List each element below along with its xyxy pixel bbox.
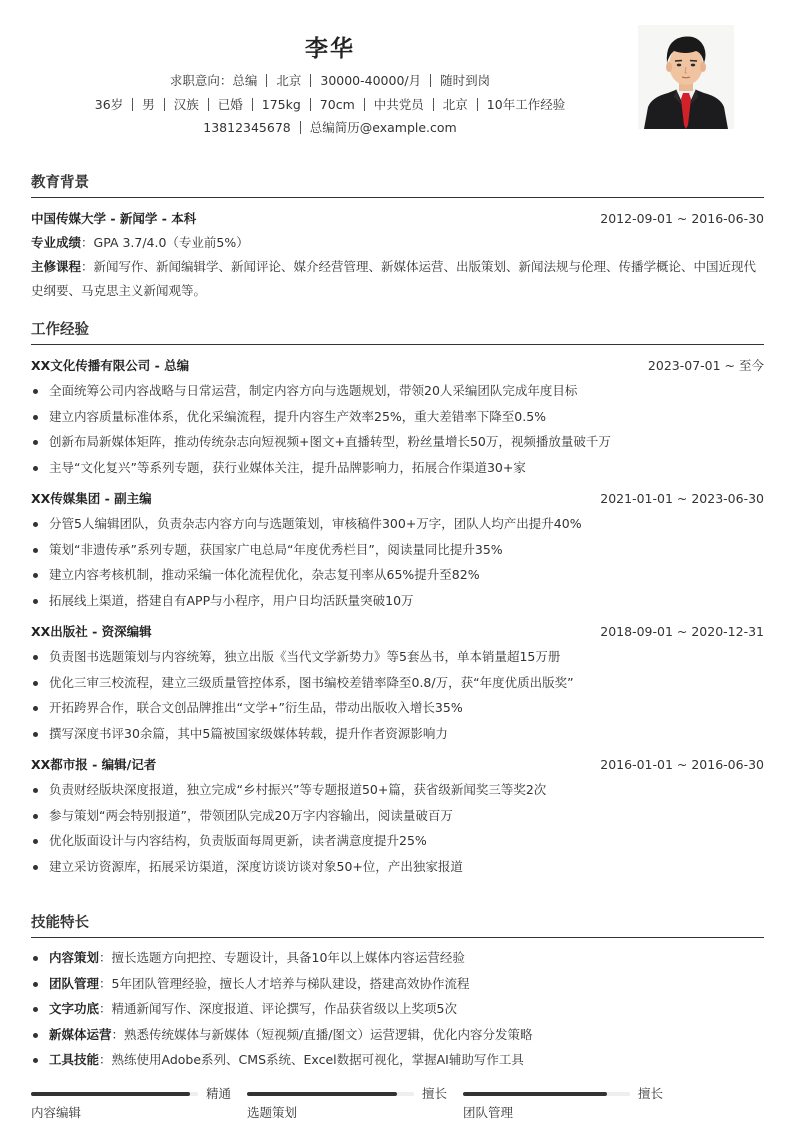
list-item: 撰写深度书评30余篇，其中5篇被国家级媒体转载，提升作者资源影响力 xyxy=(31,721,764,747)
job-title: XX出版社 - 资深编辑 xyxy=(31,620,152,644)
list-item: 开拓跨界合作，联合文创品牌推出“文学+”衍生品，带动出版收入增长35% xyxy=(31,695,764,721)
divider xyxy=(433,98,434,111)
divider xyxy=(252,98,253,111)
list-item: 建立内容考核机制，推动采编一体化流程优化，杂志复刊率从65%提升至82% xyxy=(31,562,764,588)
skill-item: 内容策划：擅长选题方向把控、专题设计，具备10年以上媒体内容运营经验 xyxy=(31,945,764,971)
job-title: XX都市报 - 编辑/记者 xyxy=(31,753,156,777)
skill-level: 精通 xyxy=(206,1086,231,1102)
marital-status: 已婚 xyxy=(218,97,243,112)
job-intention: 求职意向：总编 xyxy=(170,73,258,88)
candidate-name: 李华 xyxy=(0,30,660,63)
job-date: 2021-01-01 ~ 2023-06-30 xyxy=(600,487,764,511)
skill-bar-label: 内容编辑 xyxy=(31,1105,81,1121)
divider xyxy=(164,98,165,111)
section-title-skills: 技能特长 xyxy=(31,914,764,938)
contact-line: 13812345678总编简历@example.com xyxy=(0,118,660,136)
weight: 175kg xyxy=(262,97,301,112)
section-title-work: 工作经验 xyxy=(31,321,764,345)
list-item: 策划“非遗传承”系列专题，获国家广电总局“年度优秀栏目”，阅读量同比提升35% xyxy=(31,537,764,563)
list-item: 建立采访资源库，拓展采访渠道，深度访谈访谈对象50+位，产出独家报道 xyxy=(31,854,764,880)
gpa-value: ：GPA 3.7/4.0（专业前5%） xyxy=(81,235,249,250)
work-years: 10年工作经验 xyxy=(487,97,565,112)
job-date: 2018-09-01 ~ 2020-12-31 xyxy=(600,620,764,644)
divider xyxy=(310,98,311,111)
list-item: 全面统筹公司内容战略与日常运营，制定内容方向与选题规划，带领20人采编团队完成年… xyxy=(31,378,764,404)
residence-city: 北京 xyxy=(443,97,468,112)
divider xyxy=(266,74,267,87)
gpa-row: 专业成绩：GPA 3.7/4.0（专业前5%） xyxy=(31,231,764,255)
job-header: XX传媒集团 - 副主编 2021-01-01 ~ 2023-06-30 xyxy=(31,487,764,511)
skill-text: ：精通新闻写作、深度报道、评论撰写，作品获省级以上奖项5次 xyxy=(99,1001,457,1016)
skill-text: ：5年团队管理经验，擅长人才培养与梯队建设，搭建高效协作流程 xyxy=(99,976,469,991)
skill-item: 新媒体运营：熟悉传统媒体与新媒体（短视频/直播/图文）运营逻辑，优化内容分发策略 xyxy=(31,1022,764,1048)
skill-text: ：擅长选题方向把控、专题设计，具备10年以上媒体内容运营经验 xyxy=(99,950,465,965)
education-section: 教育背景 中国传媒大学 - 新闻学 - 本科 2012-09-01 ~ 2016… xyxy=(31,174,764,303)
divider xyxy=(364,98,365,111)
job-title: XX文化传播有限公司 - 总编 xyxy=(31,354,189,378)
age: 36岁 xyxy=(95,97,123,112)
skill-text: ：熟悉传统媒体与新媒体（短视频/直播/图文）运营逻辑，优化内容分发策略 xyxy=(112,1027,533,1042)
skill-bar-label: 团队管理 xyxy=(463,1105,513,1121)
progress-fill xyxy=(463,1092,607,1096)
personal-info-line: 36岁男汉族已婚175kg70cm中共党员北京10年工作经验 xyxy=(0,95,660,113)
divider xyxy=(477,98,478,111)
job-date: 2023-07-01 ~ 至今 xyxy=(648,354,764,378)
portrait-photo-icon xyxy=(638,25,734,129)
skill-item: 工具技能：熟练使用Adobe系列、CMS系统、Excel数据可视化，掌握AI辅助… xyxy=(31,1047,764,1073)
list-item: 拓展线上渠道，搭建自有APP与小程序，用户日均活跃量突破10万 xyxy=(31,588,764,614)
email-address[interactable]: 总编简历@example.com xyxy=(310,120,457,135)
job-entry: XX出版社 - 资深编辑 2018-09-01 ~ 2020-12-31 负责图… xyxy=(31,620,764,746)
job-bullets: 负责图书选题策划与内容统筹，独立出版《当代文学新势力》等5套丛书，单本销量超15… xyxy=(31,644,764,746)
job-bullets: 分管5人编辑团队，负责杂志内容方向与选题策划，审核稿件300+万字，团队人均产出… xyxy=(31,511,764,613)
section-title-education: 教育背景 xyxy=(31,174,764,198)
ethnicity: 汉族 xyxy=(174,97,199,112)
skill-item: 团队管理：5年团队管理经验，擅长人才培养与梯队建设，搭建高效协作流程 xyxy=(31,971,764,997)
school-degree: 中国传媒大学 - 新闻学 - 本科 xyxy=(31,207,196,231)
divider xyxy=(132,98,133,111)
skill-label: 团队管理 xyxy=(49,976,99,991)
list-item: 优化三审三校流程，建立三级质量管控体系，图书编校差错率降至0.8/万，获“年度优… xyxy=(31,670,764,696)
courses-label: 主修课程 xyxy=(31,259,81,274)
job-header: XX出版社 - 资深编辑 2018-09-01 ~ 2020-12-31 xyxy=(31,620,764,644)
job-entry: XX传媒集团 - 副主编 2021-01-01 ~ 2023-06-30 分管5… xyxy=(31,487,764,613)
progress-track xyxy=(31,1092,198,1096)
gender: 男 xyxy=(142,97,155,112)
political-status: 中共党员 xyxy=(374,97,424,112)
courses-row: 主修课程：新闻写作、新闻编辑学、新闻评论、媒介经营管理、新媒体运营、出版策划、新… xyxy=(31,255,764,303)
divider xyxy=(430,74,431,87)
resume-header: 李华 求职意向：总编北京30000-40000/月随时到岗 36岁男汉族已婚17… xyxy=(0,0,794,150)
skill-label: 文字功底 xyxy=(49,1001,99,1016)
skills-list: 内容策划：擅长选题方向把控、专题设计，具备10年以上媒体内容运营经验 团队管理：… xyxy=(31,945,764,1073)
list-item: 参与策划“两会特别报道”，带领团队完成20万字内容输出，阅读量破百万 xyxy=(31,803,764,829)
skill-level: 擅长 xyxy=(638,1086,663,1102)
skill-text: ：熟练使用Adobe系列、CMS系统、Excel数据可视化，掌握AI辅助写作工具 xyxy=(99,1052,524,1067)
list-item: 建立内容质量标准体系，优化采编流程，提升内容生产效率25%，重大差错率下降至0.… xyxy=(31,404,764,430)
expected-salary: 30000-40000/月 xyxy=(320,73,421,88)
skill-label: 新媒体运营 xyxy=(49,1027,112,1042)
list-item: 主导“文化复兴”等系列专题，获行业媒体关注，提升品牌影响力，拓展合作渠道30+家 xyxy=(31,455,764,481)
job-header: XX文化传播有限公司 - 总编 2023-07-01 ~ 至今 xyxy=(31,354,764,378)
skill-bar-label: 选题策划 xyxy=(247,1105,297,1121)
list-item: 分管5人编辑团队，负责杂志内容方向与选题策划，审核稿件300+万字，团队人均产出… xyxy=(31,511,764,537)
intended-city: 北京 xyxy=(276,73,301,88)
progress-track xyxy=(247,1092,414,1096)
skill-bars: 精通 内容编辑 擅长 选题策划 擅长 团队管理 xyxy=(31,1086,764,1123)
divider xyxy=(208,98,209,111)
job-entry: XX都市报 - 编辑/记者 2016-01-01 ~ 2016-06-30 负责… xyxy=(31,753,764,879)
job-entry: XX文化传播有限公司 - 总编 2023-07-01 ~ 至今 全面统筹公司内容… xyxy=(31,354,764,480)
job-title: XX传媒集团 - 副主编 xyxy=(31,487,152,511)
phone-number[interactable]: 13812345678 xyxy=(203,120,290,135)
skill-item: 文字功底：精通新闻写作、深度报道、评论撰写，作品获省级以上奖项5次 xyxy=(31,996,764,1022)
job-header: XX都市报 - 编辑/记者 2016-01-01 ~ 2016-06-30 xyxy=(31,753,764,777)
avatar xyxy=(638,25,734,129)
courses-value: ：新闻写作、新闻编辑学、新闻评论、媒介经营管理、新媒体运营、出版策划、新闻法规与… xyxy=(31,259,756,298)
education-entry-header: 中国传媒大学 - 新闻学 - 本科 2012-09-01 ~ 2016-06-3… xyxy=(31,207,764,231)
list-item: 负责图书选题策划与内容统筹，独立出版《当代文学新势力》等5套丛书，单本销量超15… xyxy=(31,644,764,670)
list-item: 创新布局新媒体矩阵，推动传统杂志向短视频+图文+直播转型，粉丝量增长50万，视频… xyxy=(31,429,764,455)
skills-section: 技能特长 内容策划：擅长选题方向把控、专题设计，具备10年以上媒体内容运营经验 … xyxy=(31,914,764,1073)
education-date: 2012-09-01 ~ 2016-06-30 xyxy=(600,207,764,231)
height: 70cm xyxy=(320,97,355,112)
gpa-label: 专业成绩 xyxy=(31,235,81,250)
skill-label: 内容策划 xyxy=(49,950,99,965)
job-date: 2016-01-01 ~ 2016-06-30 xyxy=(600,753,764,777)
progress-fill xyxy=(247,1092,397,1096)
divider xyxy=(310,74,311,87)
divider xyxy=(300,121,301,134)
skill-level: 擅长 xyxy=(422,1086,447,1102)
job-bullets: 负责财经版块深度报道，独立完成“乡村振兴”等专题报道50+篇，获省级新闻奖三等奖… xyxy=(31,777,764,879)
progress-track xyxy=(463,1092,630,1096)
job-bullets: 全面统筹公司内容战略与日常运营，制定内容方向与选题规划，带领20人采编团队完成年… xyxy=(31,378,764,480)
skill-label: 工具技能 xyxy=(49,1052,99,1067)
list-item: 负责财经版块深度报道，独立完成“乡村振兴”等专题报道50+篇，获省级新闻奖三等奖… xyxy=(31,777,764,803)
work-section: 工作经验 XX文化传播有限公司 - 总编 2023-07-01 ~ 至今 全面统… xyxy=(31,321,764,879)
job-intention-line: 求职意向：总编北京30000-40000/月随时到岗 xyxy=(0,71,660,89)
progress-fill xyxy=(31,1092,190,1096)
list-item: 优化版面设计与内容结构，负责版面每周更新，读者满意度提升25% xyxy=(31,828,764,854)
availability: 随时到岗 xyxy=(440,73,490,88)
